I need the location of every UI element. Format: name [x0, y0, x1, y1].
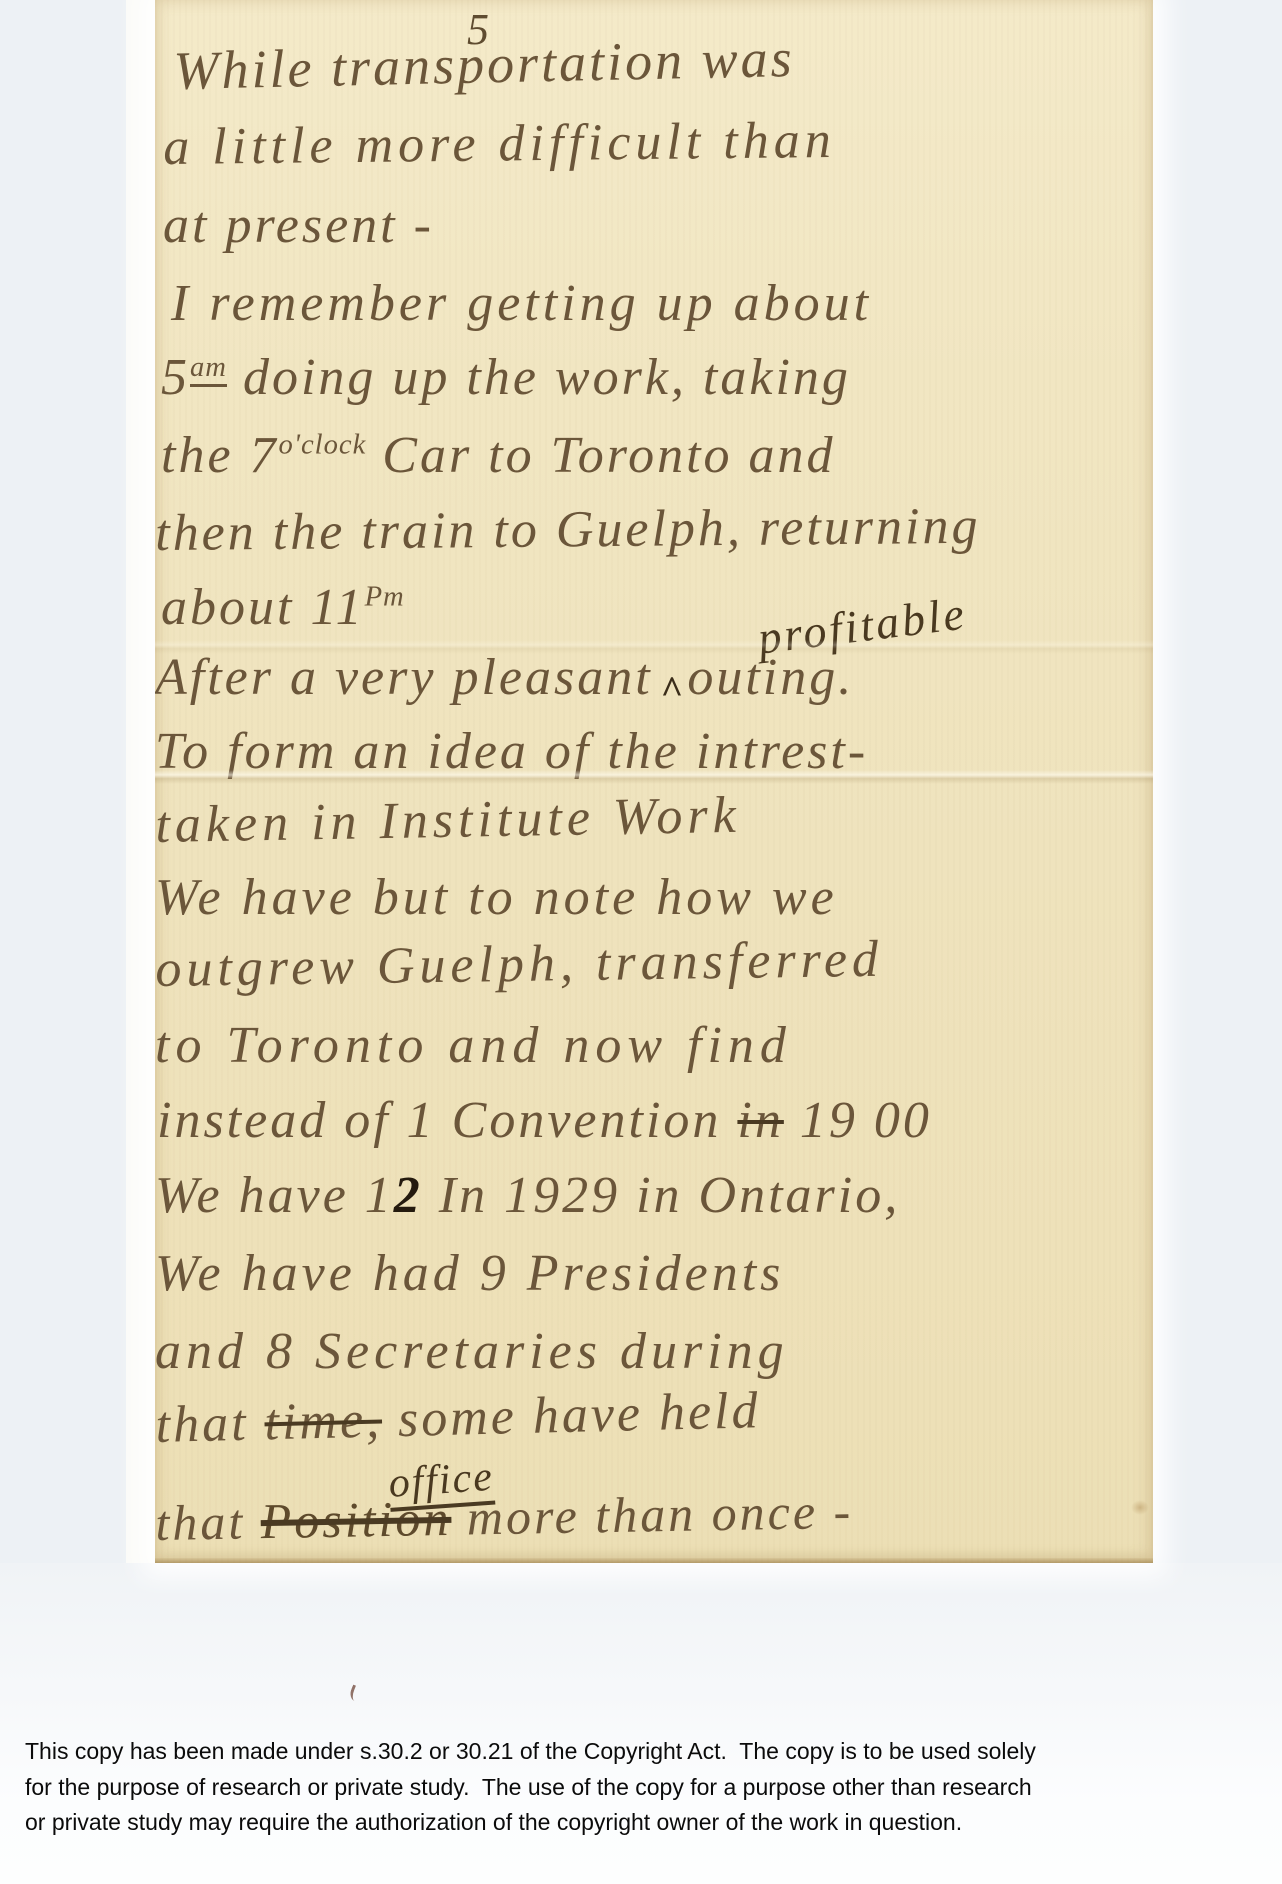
handwritten-line: taken in Institute Work: [155, 790, 741, 852]
hand-text: the 7: [161, 427, 279, 484]
handwritten-line: and 8 Secretaries during: [155, 1326, 789, 1378]
superscript-am: am: [190, 352, 227, 387]
handwritten-line: that time, some have held: [155, 1385, 761, 1452]
handwritten-line: at present -: [163, 200, 434, 252]
struck-word: time,: [264, 1391, 383, 1451]
manuscript-paper: 5 While transportation was a little more…: [155, 0, 1153, 1563]
handwritten-line: instead of 1 Convention in 19 00: [157, 1095, 932, 1147]
copyright-notice-line: or private study may require the authori…: [25, 1805, 1265, 1841]
hand-text: more than once -: [451, 1483, 854, 1546]
copyright-notice-line: for the purpose of research or private s…: [25, 1770, 1265, 1806]
handwritten-line: After a very pleasant^outing.: [155, 652, 854, 704]
paper-edge-glow: [126, 0, 156, 1563]
struck-word: Position: [260, 1490, 452, 1549]
hand-text: After a very pleasant: [155, 649, 653, 706]
handwritten-line: about 11Pm: [161, 582, 405, 634]
copyright-notice: This copy has been made under s.30.2 or …: [25, 1734, 1265, 1841]
handwritten-line: We have but to note how we: [155, 872, 838, 924]
hand-text: that: [155, 1394, 265, 1454]
struck-word: in: [737, 1092, 783, 1149]
fold-crease: [155, 640, 1153, 654]
handwritten-line: then the train to Guelph, returning: [155, 501, 981, 560]
handwritten-line: I remember getting up about: [171, 278, 872, 330]
hand-text: instead of 1 Convention: [157, 1092, 737, 1149]
hand-text: In 1929 in Ontario,: [423, 1167, 900, 1224]
hand-text: doing up the work, taking: [227, 349, 851, 406]
hand-text: about 11: [161, 579, 365, 636]
handwritten-line: to Toronto and now find: [155, 1020, 792, 1072]
handwritten-line: We have 12 In 1929 in Ontario,: [155, 1170, 900, 1222]
handwritten-line: that Position more than once -: [155, 1486, 854, 1548]
hand-text: Car to Toronto and: [366, 427, 835, 484]
paper-stain: [1131, 1500, 1149, 1515]
hand-text: outing.: [687, 649, 854, 706]
hand-text: that: [155, 1493, 261, 1551]
fold-crease: [155, 770, 1153, 784]
insertion-caret: ^: [661, 671, 684, 710]
hand-text: We have 1: [155, 1167, 394, 1224]
handwritten-line: outgrew Guelph, transferred: [155, 934, 883, 996]
overwritten-digit: 2: [394, 1167, 423, 1224]
superscript-oclock: o'clock: [279, 430, 367, 461]
scanned-document-view: 5 While transportation was a little more…: [0, 0, 1282, 1884]
handwritten-line: 5am doing up the work, taking: [161, 352, 851, 404]
handwritten-line: We have had 9 Presidents: [155, 1248, 784, 1300]
hand-text: some have held: [381, 1382, 761, 1448]
hand-text: 5: [161, 349, 190, 406]
handwritten-line: the 7o'clock Car to Toronto and: [161, 430, 836, 482]
copyright-notice-line: This copy has been made under s.30.2 or …: [25, 1734, 1265, 1770]
hand-text: 19 00: [784, 1092, 932, 1149]
handwritten-line: a little more difficult than: [163, 115, 836, 174]
superscript-pm: Pm: [365, 582, 405, 613]
handwritten-line: While transportation was: [173, 31, 795, 98]
